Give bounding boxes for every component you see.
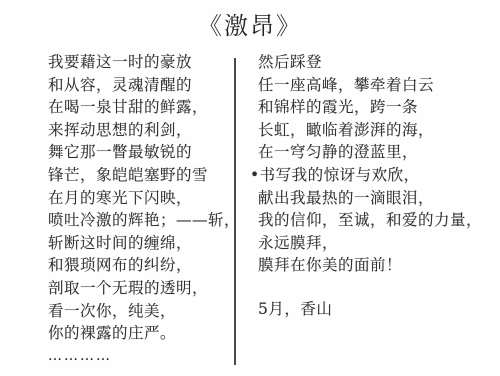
poem-page: 《激昂》 我要藉这一时的豪放 和从容，灵魂清醒的 在喝一泉甘甜的鲜露， 来挥动思… [0,0,500,376]
poem-line: 在月的寒光下闪映， [48,187,234,210]
poem-line: 和猥琐网布的纠纷， [48,254,234,277]
poem-line: 然后踩登 [258,51,494,74]
poem-line: 斩断这时间的缠绵， [48,232,234,255]
poem-line: 看一次你，纯美， [48,300,234,323]
poem-line: 剖取一个无瑕的透明， [48,277,234,300]
poem-line: 膜拜在你美的面前！ [258,254,494,277]
poem-line: 舞它那一瞥最敏锐的 [48,141,234,164]
poem-line: 献出我最热的一滴眼泪， [258,187,494,210]
poem-left-column: 我要藉这一时的豪放 和从容，灵魂清醒的 在喝一泉甘甜的鲜露， 来挥动思想的利剑，… [48,51,234,367]
poem-line: 锋芒，象皑皑塞野的雪 [48,164,234,187]
poem-line: 喷吐冷激的辉艳；——斩， [48,209,234,232]
poem-line: 和从容，灵魂清醒的 [48,74,234,97]
poem-right-column: 然后踩登 任一座高峰，攀牵着白云 和锦样的霞光，跨一条 长虹，瞰临着澎湃的海， … [258,51,494,321]
poem-line: 我要藉这一时的豪放 [48,51,234,74]
poem-line: 来挥动思想的利剑， [48,119,234,142]
poem-line: 任一座高峰，攀牵着白云 [258,74,494,97]
poem-ellipsis-line: ………… [48,345,234,368]
poem-line: 和锦样的霞光，跨一条 [258,96,494,119]
poem-line: 在一穹匀静的澄蓝里， [258,141,494,164]
poem-line: 在喝一泉甘甜的鲜露， [48,96,234,119]
poem-signature: 5月，香山 [258,298,494,321]
poem-line: 我的信仰，至诚，和爱的力量， [258,209,494,232]
poem-line: 长虹，瞰临着澎湃的海， [258,119,494,142]
poem-line: 永远膜拜， [258,232,494,255]
poem-title: 《激昂》 [0,6,500,41]
poem-line: 你的裸露的庄严。 [48,322,234,345]
column-divider-rule [234,58,236,365]
poem-line-with-bullet: •书写我的惊讶与欢欣， [258,164,494,187]
